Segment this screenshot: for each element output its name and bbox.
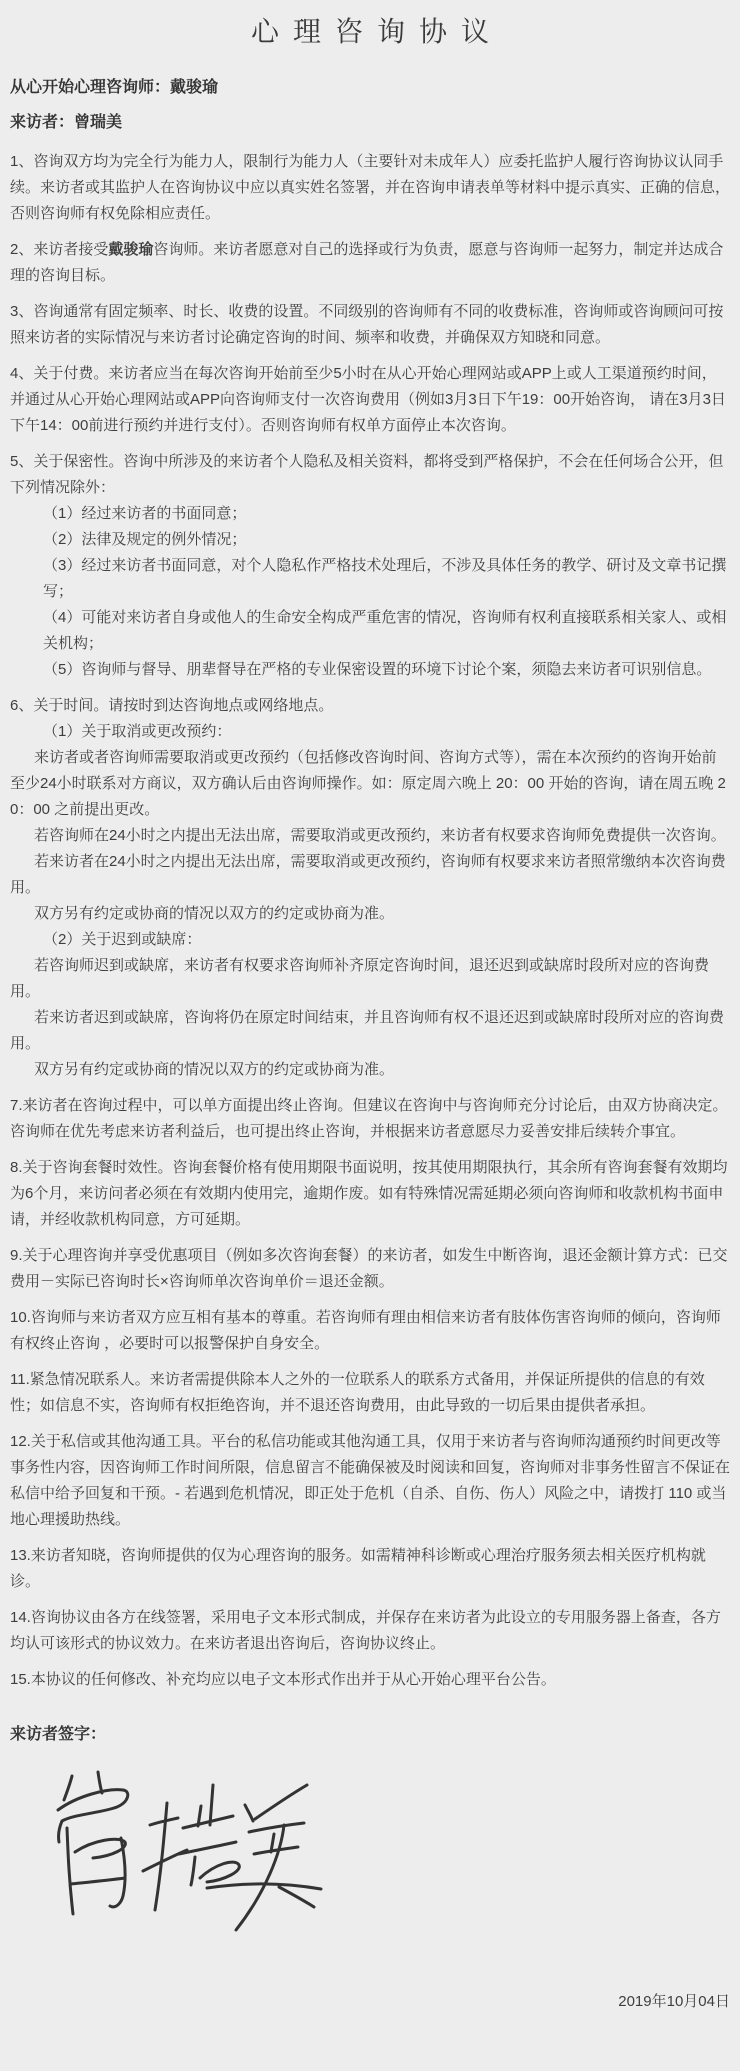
clause-paragraph: 10.咨询师与来访者双方应互相有基本的尊重。若咨询师有理由相信来访者有肢体伤害咨…: [10, 1305, 730, 1357]
clause-paragraph: 若来访者迟到或缺席，咨询将仍在原定时间结束，并且咨询师有权不退还迟到或缺席时段所…: [10, 1005, 730, 1057]
agreement-document: 心理咨询协议 从心开始心理咨询师：戴骏瑜 来访者：曾瑞美 1、咨询双方均为完全行…: [0, 0, 740, 2071]
clause-paragraph: 5、关于保密性。咨询中所涉及的来访者个人隐私及相关资料，都将受到严格保护，不会在…: [10, 449, 730, 501]
clause-paragraph: 7.来访者在咨询过程中，可以单方面提出终止咨询。但建议在咨询中与咨询师充分讨论后…: [10, 1093, 730, 1145]
counselor-label: 从心开始心理咨询师：: [10, 79, 170, 96]
clause-paragraph: （2）关于迟到或缺席：: [10, 927, 730, 953]
clause-paragraph: 来访者或者咨询师需要取消或更改预约（包括修改咨询时间、咨询方式等），需在本次预约…: [10, 745, 730, 823]
clause-paragraph: 4、关于付费。来访者应当在每次咨询开始前至少5小时在从心开始心理网站或APP上或…: [10, 361, 730, 439]
clause-paragraph: 若咨询师在24小时之内提出无法出席，需要取消或更改预约，来访者有权要求咨询师免费…: [10, 823, 730, 849]
clause-paragraph: 3、咨询通常有固定频率、时长、收费的设置。不同级别的咨询师有不同的收费标准，咨询…: [10, 299, 730, 351]
page-title: 心理咨询协议: [10, 10, 730, 50]
clause-paragraph: （2）法律及规定的例外情况；: [10, 527, 730, 553]
clause-paragraph: 11.紧急情况联系人。来访者需提供除本人之外的一位联系人的联系方式备用，并保证所…: [10, 1367, 730, 1419]
clause-paragraph: 14.咨询协议由各方在线签署，采用电子文本形式制成，并保存在来访者为此设立的专用…: [10, 1605, 730, 1657]
clause-paragraph: 2、来访者接受戴骏瑜咨询师。来访者愿意对自己的选择或行为负责，愿意与咨询师一起努…: [10, 237, 730, 289]
signature-strokes-icon: [55, 1768, 327, 1938]
clause-paragraph: （1）经过来访者的书面同意；: [10, 501, 730, 527]
visitor-label: 来访者：: [10, 114, 74, 131]
visitor-line: 来访者：曾瑞美: [10, 113, 730, 133]
clause-paragraph: 6、关于时间。请按时到达咨询地点或网络地点。: [10, 693, 730, 719]
document-date: 2019年10月04日: [10, 1990, 730, 2011]
clause-paragraph: （4）可能对来访者自身或他人的生命安全构成严重危害的情况，咨询师有权利直接联系相…: [10, 605, 730, 657]
clause-paragraph: 12.关于私信或其他沟通工具。平台的私信功能或其他沟通工具，仅用于来访者与咨询师…: [10, 1429, 730, 1533]
clauses-list: 1、咨询双方均为完全行为能力人，限制行为能力人（主要针对未成年人）应委托监护人履…: [10, 149, 730, 1693]
signature-label: 来访者签字：: [10, 1721, 730, 1744]
clause-paragraph: （1）关于取消或更改预约：: [10, 719, 730, 745]
clause-paragraph: （5）咨询师与督导、朋辈督导在严格的专业保密设置的环境下讨论个案，须隐去来访者可…: [10, 657, 730, 683]
clause-paragraph: 双方另有约定或协商的情况以双方的约定或协商为准。: [10, 1057, 730, 1083]
counselor-name: 戴骏瑜: [170, 79, 218, 96]
clause-paragraph: 若来访者在24小时之内提出无法出席，需要取消或更改预约，咨询师有权要求来访者照常…: [10, 849, 730, 901]
counselor-line: 从心开始心理咨询师：戴骏瑜: [10, 78, 730, 98]
clause-paragraph: 1、咨询双方均为完全行为能力人，限制行为能力人（主要针对未成年人）应委托监护人履…: [10, 149, 730, 227]
clause-paragraph: 双方另有约定或协商的情况以双方的约定或协商为准。: [10, 901, 730, 927]
clause-paragraph: 若咨询师迟到或缺席，来访者有权要求咨询师补齐原定咨询时间，退还迟到或缺席时段所对…: [10, 953, 730, 1005]
clause-paragraph: 13.来访者知晓，咨询师提供的仅为心理咨询的服务。如需精神科诊断或心理治疗服务须…: [10, 1543, 730, 1595]
clause-paragraph: 8.关于咨询套餐时效性。咨询套餐价格有使用期限书面说明，按其使用期限执行，其余所…: [10, 1155, 730, 1233]
clause-paragraph: （3）经过来访者书面同意，对个人隐私作严格技术处理后，不涉及具体任务的教学、研讨…: [10, 553, 730, 605]
visitor-handwritten-signature: [55, 1768, 327, 1938]
clause-paragraph: 9.关于心理咨询并享受优惠项目（例如多次咨询套餐）的来访者，如发生中断咨询，退还…: [10, 1243, 730, 1295]
visitor-name: 曾瑞美: [74, 114, 122, 131]
clause-paragraph: 15.本协议的任何修改、补充均应以电子文本形式作出并于从心开始心理平台公告。: [10, 1667, 730, 1693]
